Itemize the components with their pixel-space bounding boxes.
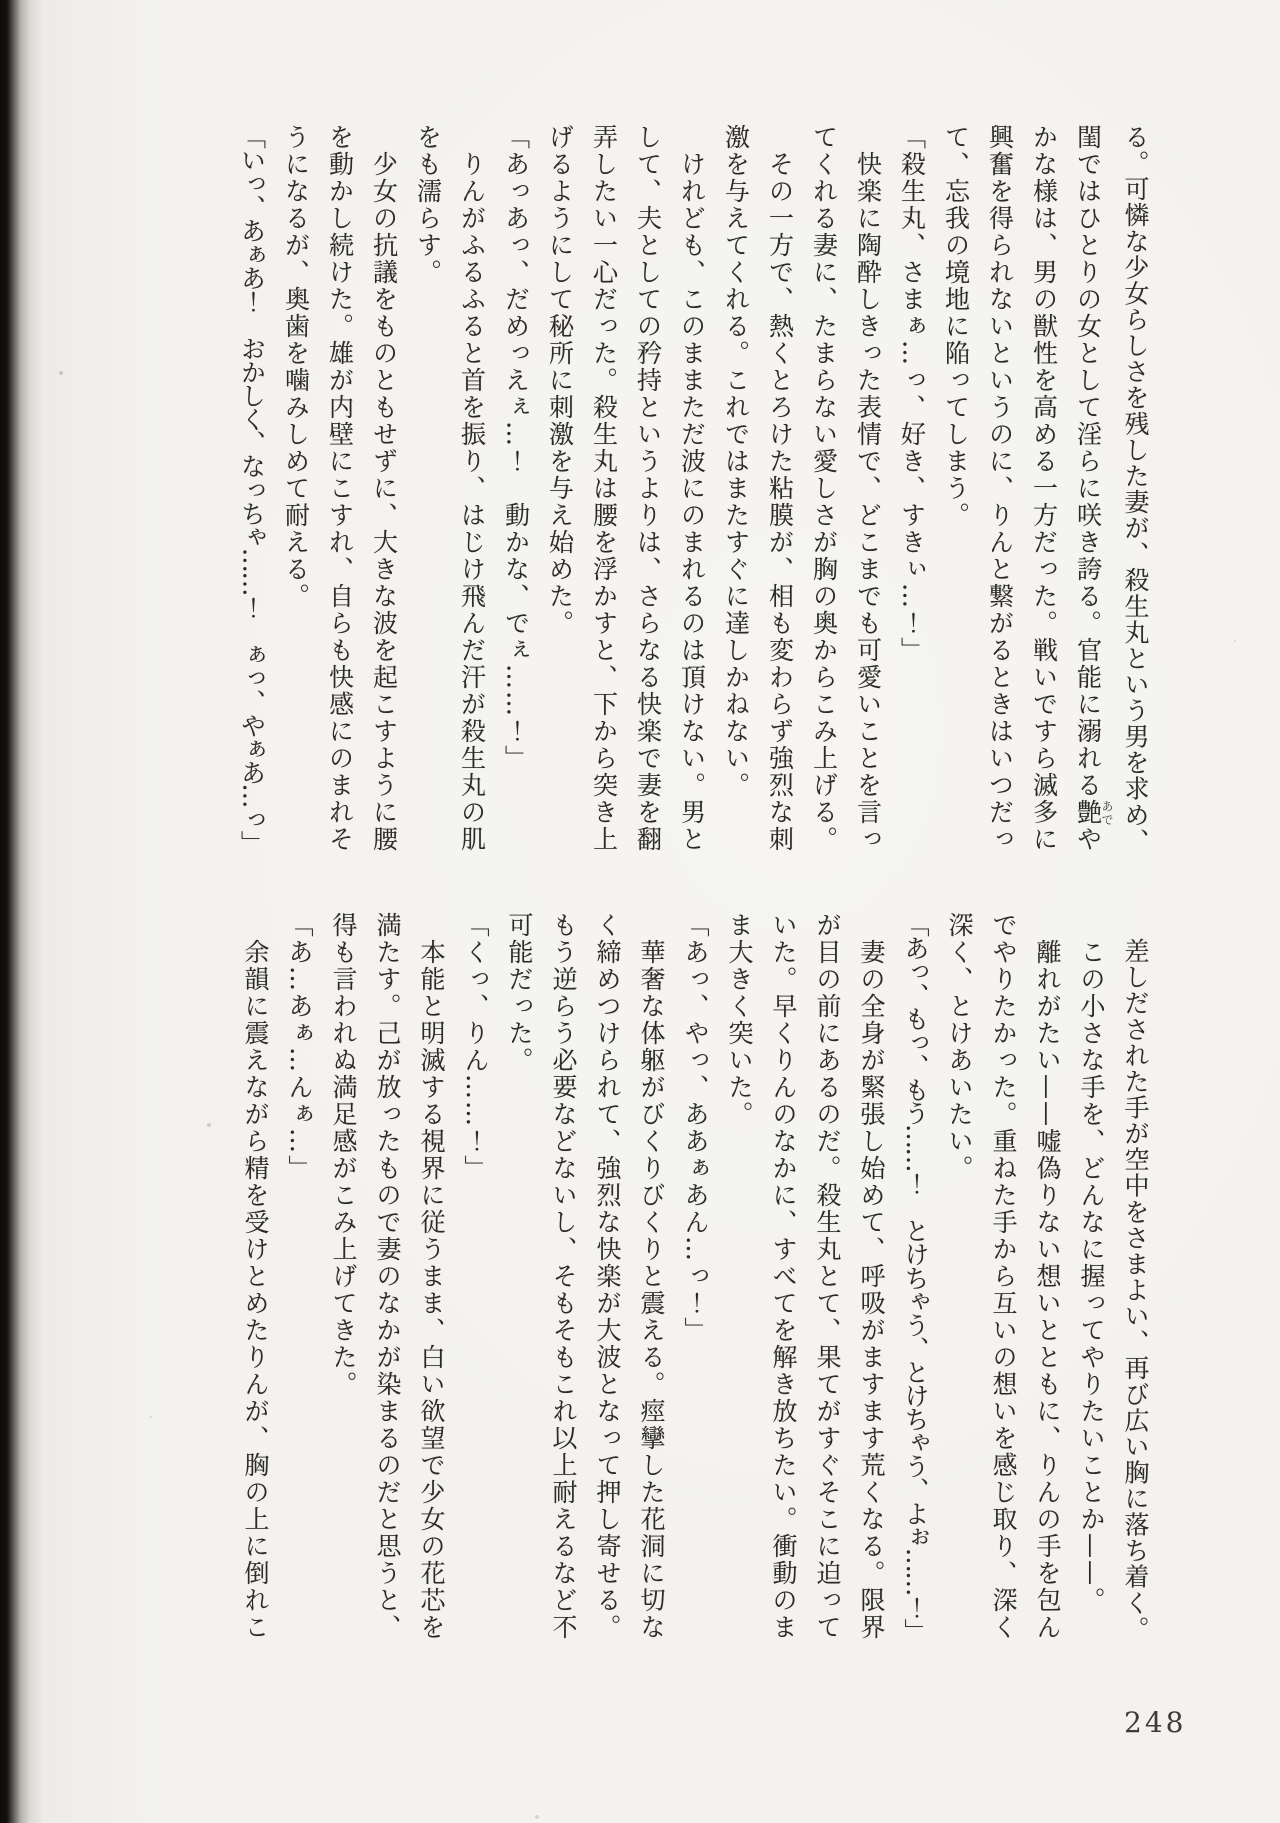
text-column: この小さな手を、どんなに握ってやりたいことか——。 (1069, 912, 1113, 1654)
text-column: 閨ではひとりの女として淫らに咲き誇る。官能に溺れる艶あでや (1066, 124, 1114, 866)
text-column: でやりたかった。重ねた手から互いの想いを感じ取り、深く (981, 912, 1025, 1654)
text-column: く締めつけられて、強烈な快楽が大波となって押し寄せる。 (585, 912, 629, 1654)
page-number: 248 (1124, 1706, 1186, 1739)
text-column: 「あっあっ、だめっえぇ…！ 動かな、でぇ……！」 (494, 124, 538, 866)
text-column: が目の前にあるのだ。殺生丸とて、果てがすぐそこに迫って (805, 912, 849, 1654)
text-block-top: る。可憐な少女らしさを残した妻が、殺生丸という男を求め、閨ではひとりの女として淫… (230, 124, 1158, 866)
book-page: る。可憐な少女らしさを残した妻が、殺生丸という男を求め、閨ではひとりの女として淫… (0, 0, 1280, 1823)
text-column: かな様は、男の獣性を高める一方だった。戦いですら滅多に (1022, 124, 1066, 866)
scan-edge-shadow (0, 0, 44, 1823)
text-column: 満たす。己が放ったもので妻のなかが染まるのだと思うと、 (365, 912, 409, 1654)
text-column: その一方で、熱くとろけた粘膜が、相も変わらず強烈な刺 (758, 124, 802, 866)
text-column: 離れがたい——嘘偽りない想いとともに、りんの手を包ん (1025, 912, 1069, 1654)
text-column: 妻の全身が緊張し始めて、呼吸がますます荒くなる。限界 (849, 912, 893, 1654)
text-column: を動かし続けた。雄が内壁にこすれ、自らも快感にのまれそ (318, 124, 362, 866)
text-column: 可能だった。 (497, 912, 541, 1654)
text-column: 余韻に震えながら精を受けとめたりんが、胸の上に倒れこ (233, 912, 277, 1654)
text-column: りんがふるふると首を振り、はじけ飛んだ汗が殺生丸の肌 (450, 124, 494, 866)
text-column: 華奢な体躯がびくりびくりと震える。痙攣した花洞に切な (629, 912, 673, 1654)
text-column: いた。早くりんのなかに、すべてを解き放ちたい。衝動のま (761, 912, 805, 1654)
text-column: げるようにして秘所に刺激を与え始めた。 (538, 124, 582, 866)
text-column: 差しだされた手が空中をさまよい、再び広い胸に落ち着く。 (1113, 912, 1157, 1654)
text-column: 深く、とけあいたい。 (937, 912, 981, 1654)
text-column: る。可憐な少女らしさを残した妻が、殺生丸という男を求め、 (1113, 124, 1157, 866)
text-column: てくれる妻に、たまらない愛しさが胸の奥からこみ上げる。 (802, 124, 846, 866)
text-column: ま大きく突いた。 (717, 912, 761, 1654)
text-column: て、忘我の境地に陥ってしまう。 (934, 124, 978, 866)
scan-dust-specks (0, 0, 2, 2)
text-column: 弄したい一心だった。殺生丸は腰を浮かすと、下から突き上 (582, 124, 626, 866)
text-column: 興奮を得られないというのに、りんと繋がるときはいつだっ (978, 124, 1022, 866)
text-column: 得も言われぬ満足感がこみ上げてきた。 (321, 912, 365, 1654)
text-column: 「いっ、あぁあ！ おかしく、なっちゃ……！ ぁっ、やぁあ…っ」 (230, 124, 274, 866)
text-column: 快楽に陶酔しきった表情で、どこまでも可愛いことを言っ (846, 124, 890, 866)
text-block-bottom: 差しだされた手が空中をさまよい、再び広い胸に落ち着く。 この小さな手を、どんなに… (233, 912, 1157, 1654)
text-column: 「殺生丸、さまぁ…っ、好き、すきぃ…！」 (890, 124, 934, 866)
text-column: けれども、このままただ波にのまれるのは頂けない。男と (670, 124, 714, 866)
text-column: うになるが、奥歯を噛みしめて耐える。 (274, 124, 318, 866)
text-column: 「あっ、やっ、ああぁあん…っ！」 (673, 912, 717, 1654)
text-column: 本能と明滅する視界に従うまま、白い欲望で少女の花芯を (409, 912, 453, 1654)
text-column: 「あっ、もっ、もう……！ とけちゃう、とけちゃう、よぉ……！」 (893, 912, 937, 1654)
text-column: 激を与えてくれる。これではまたすぐに達しかねない。 (714, 124, 758, 866)
text-column: もう逆らう必要などないし、そもそもこれ以上耐えるなど不 (541, 912, 585, 1654)
text-column: して、夫としての矜持というよりは、さらなる快楽で妻を翻 (626, 124, 670, 866)
text-column: をも濡らす。 (406, 124, 450, 866)
text-column: 少女の抗議をものともせずに、大きな波を起こすように腰 (362, 124, 406, 866)
furigana-ruby: 艶あで (1074, 799, 1103, 826)
text-column: 「あ…あぁ…んぁ…」 (277, 912, 321, 1654)
text-column: 「くっ、りん……！」 (453, 912, 497, 1654)
